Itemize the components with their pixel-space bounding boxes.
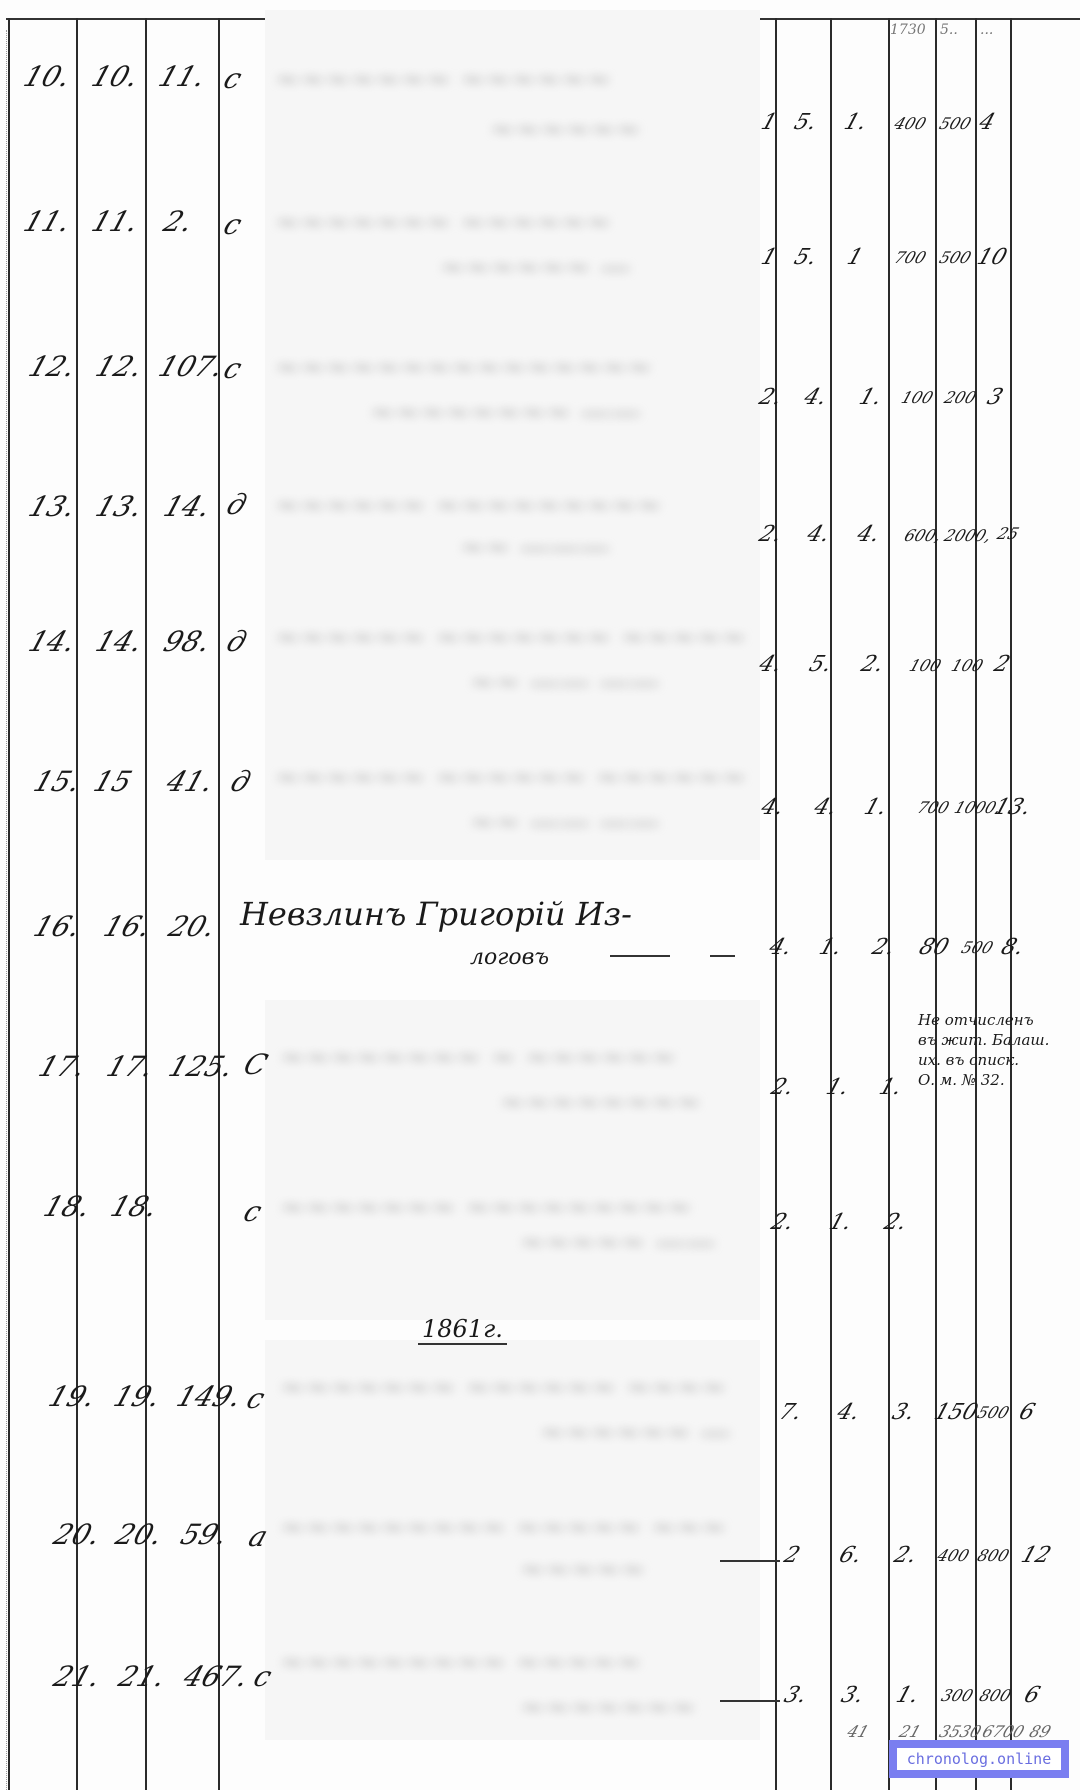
redacted-name: ~~~~~~~ ~~~~~~: [275, 62, 611, 97]
cell-c2: 1.: [816, 935, 845, 960]
cell-c1: 1: [758, 245, 780, 270]
dash-line: [710, 955, 735, 957]
cell-c2: 4.: [801, 385, 830, 410]
document-page: 1730 5.. ... 10. 10. 11. с ~~~~~~~ ~~~~~…: [0, 0, 1080, 1790]
cell-c6: 8.: [998, 935, 1027, 960]
column-rule: [1010, 18, 1012, 1790]
margin-note: Не отчисленъ въ жит. Балаш. их. въ списк…: [918, 1010, 1049, 1090]
cell-c1: 2.: [768, 1210, 797, 1235]
row-number-2: 15: [90, 765, 136, 798]
cell-c1: 2.: [768, 1075, 797, 1100]
cell-c3: 4.: [854, 522, 883, 547]
cell-c4: 100: [907, 656, 944, 675]
record-number: 149.: [173, 1380, 246, 1413]
record-number: 2.: [160, 205, 197, 238]
cell-c1: 7.: [776, 1400, 805, 1425]
cell-c2: 4.: [804, 522, 833, 547]
row-number-2: 13.: [92, 490, 147, 523]
cell-c5: 500: [959, 938, 996, 957]
cell-c3: 1.: [856, 385, 885, 410]
column-rule: [775, 18, 777, 1790]
row-number: 13.: [25, 490, 80, 523]
cell-c6: 13.: [991, 795, 1034, 820]
cell-c1: 3.: [781, 1683, 810, 1708]
watermark-badge: chronolog.online: [889, 1740, 1069, 1778]
column-rule: [975, 18, 977, 1790]
cell-c4: 150: [931, 1400, 981, 1425]
total-c4: 3530: [937, 1722, 984, 1741]
page-edge: [0, 30, 7, 1790]
cell-c2: 6.: [836, 1543, 865, 1568]
cell-c6: 4: [976, 110, 998, 135]
cell-c3: 2.: [858, 652, 887, 677]
cell-c5: 500: [975, 1403, 1012, 1422]
cell-c5: 500: [937, 248, 974, 267]
row-number-2: 19.: [110, 1380, 165, 1413]
cell-c6: 12: [1018, 1543, 1054, 1568]
row-number-2: 20.: [112, 1518, 167, 1551]
cell-c1: 4.: [766, 935, 795, 960]
cell-c4: 600,: [902, 526, 944, 545]
redacted-name: ~~~~~~~ ~~~~~~ ~~~~: [280, 1370, 726, 1405]
cell-c3: 2.: [891, 1543, 920, 1568]
row-number: 12.: [25, 350, 80, 383]
row-number-2: 16.: [100, 910, 155, 943]
redacted-name: ~~~~~~~~: [500, 1085, 701, 1120]
cell-c5: 500: [937, 114, 974, 133]
cell-c3: 3.: [889, 1400, 918, 1425]
redacted-name: ~~~~~~ ~~~~~~ ~~~~~~: [275, 760, 747, 795]
redacted-name: ~~~~~~ ~~~~~~~ ~~~~~: [275, 620, 747, 655]
cell-c2: 3.: [838, 1683, 867, 1708]
redacted-name: ~~~~~~~~~ ~~~~~ ~~~: [280, 1510, 726, 1545]
cell-c2: 4.: [834, 1400, 863, 1425]
total-c3: 21: [897, 1722, 924, 1741]
cell-c4: 100: [899, 388, 936, 407]
redacted-name: ~~~~~~~ ~~~~~~~~~: [280, 1190, 692, 1225]
redacted-name: ~~~~~: [520, 1552, 646, 1587]
redacted-name: ~~~~~~ —: [540, 1415, 730, 1450]
record-number: 14.: [160, 490, 215, 523]
row-number-2: 12.: [92, 350, 147, 383]
cell-c1: 2.: [756, 385, 785, 410]
redacted-name: ~~ ———: [460, 530, 610, 565]
redacted-name: ~~ —— ——: [470, 805, 659, 840]
redacted-name: ~~~~~~~~ ——: [370, 395, 641, 430]
cell-c4: 400: [892, 114, 929, 133]
year-heading: 1861г.: [418, 1315, 507, 1345]
cell-c3: 1.: [861, 795, 890, 820]
name-prefix: с: [220, 208, 246, 241]
cell-c1: 2: [781, 1543, 803, 1568]
cell-c4: 700: [915, 798, 952, 817]
cell-c3: 1.: [876, 1075, 905, 1100]
cell-c6: 25: [995, 524, 1022, 543]
row-number-2: 21.: [115, 1660, 170, 1693]
row-number: 21.: [50, 1660, 105, 1693]
total-c2: 41: [845, 1722, 872, 1741]
cell-c4: 700: [892, 248, 929, 267]
cell-c6: 6: [1021, 1683, 1043, 1708]
watermark-text: chronolog.online: [897, 1748, 1062, 1770]
redacted-name: ~~~~~~~: [520, 1690, 696, 1725]
header-col-5: 5..: [940, 22, 958, 38]
record-number: 59.: [177, 1518, 232, 1551]
dash-line: [720, 1700, 780, 1702]
column-rule: [830, 18, 832, 1790]
row-number: 17.: [35, 1050, 90, 1083]
name-prefix: д: [227, 765, 255, 798]
cell-c5: 200: [942, 388, 979, 407]
redacted-name: ~~~~~~~~ ~ ~~~~~~: [280, 1040, 676, 1075]
total-c6: 89: [1027, 1722, 1054, 1741]
row-number-2: 18.: [107, 1190, 162, 1223]
cell-c2: 5.: [791, 110, 820, 135]
record-number: 125.: [165, 1050, 238, 1083]
cell-c4: 400: [935, 1546, 972, 1565]
cell-c3: 1.: [841, 110, 870, 135]
redacted-name: ~~~~~~: [490, 112, 641, 147]
redacted-name: ~~~~~~~~~ ~~~~~: [280, 1645, 641, 1680]
header-col-4: 1730: [890, 22, 926, 38]
cell-c3: 2.: [881, 1210, 910, 1235]
cell-c5: 800: [977, 1686, 1014, 1705]
redacted-name: ~~~~~~~ ~~~~~~: [275, 205, 611, 240]
row-number: 18.: [40, 1190, 95, 1223]
column-rule: [8, 18, 10, 1790]
cell-c2: 4.: [811, 795, 840, 820]
row-number: 10.: [20, 60, 75, 93]
record-number: 467.: [180, 1660, 253, 1693]
record-number: 98.: [160, 625, 215, 658]
redacted-name: ~~~~~~ —: [440, 250, 630, 285]
row-number: 19.: [45, 1380, 100, 1413]
header-col-6: ...: [980, 22, 993, 38]
record-number: 11.: [155, 60, 210, 93]
redacted-name: ~~~~~~~~~~~~~~~: [275, 350, 652, 385]
cell-c4: 80: [916, 935, 952, 960]
person-name: Невзлинъ Григорій Из-: [240, 895, 632, 933]
cell-c2: 1.: [823, 1075, 852, 1100]
cell-c1: 4.: [756, 652, 785, 677]
cell-c6: 3: [984, 385, 1006, 410]
cell-c5: 800: [975, 1546, 1012, 1565]
cell-c1: 2.: [756, 522, 785, 547]
row-number: 11.: [20, 205, 75, 238]
dash-line: [720, 1560, 780, 1562]
redacted-name: ~~ —— ——: [470, 665, 659, 700]
name-prefix: с: [220, 62, 246, 95]
cell-c5: 100: [949, 656, 986, 675]
cell-c3: 1: [844, 245, 866, 270]
record-number: 20.: [165, 910, 220, 943]
row-number-2: 14.: [92, 625, 147, 658]
row-number: 14.: [25, 625, 80, 658]
cell-c3: 1.: [893, 1683, 922, 1708]
row-number-2: 17.: [103, 1050, 158, 1083]
cell-c4: 300: [939, 1686, 976, 1705]
cell-c1: 1: [758, 110, 780, 135]
name-prefix: д: [223, 625, 251, 658]
row-number-2: 11.: [88, 205, 143, 238]
redacted-name: ~~~~~ ——: [520, 1225, 715, 1260]
column-rule: [888, 18, 890, 1790]
record-number: 107.: [155, 350, 228, 383]
total-c5: 6700: [980, 1722, 1027, 1741]
column-rule: [935, 18, 937, 1790]
cell-c6: 10: [974, 245, 1010, 270]
cell-c1: 4.: [758, 795, 787, 820]
person-name-line2: логовъ: [470, 945, 549, 970]
record-number: 41.: [163, 765, 218, 798]
cell-c6: 6: [1016, 1400, 1038, 1425]
name-prefix: с: [240, 1195, 266, 1228]
cell-c3: 2.: [869, 935, 898, 960]
row-number-2: 10.: [88, 60, 143, 93]
dash-line: [610, 955, 670, 957]
name-prefix: д: [223, 488, 251, 521]
redacted-name: ~~~~~~ ~~~~~~~~~: [275, 488, 662, 523]
cell-c5: 2000,: [942, 526, 994, 545]
cell-c2: 5.: [791, 245, 820, 270]
row-number: 20.: [50, 1518, 105, 1551]
